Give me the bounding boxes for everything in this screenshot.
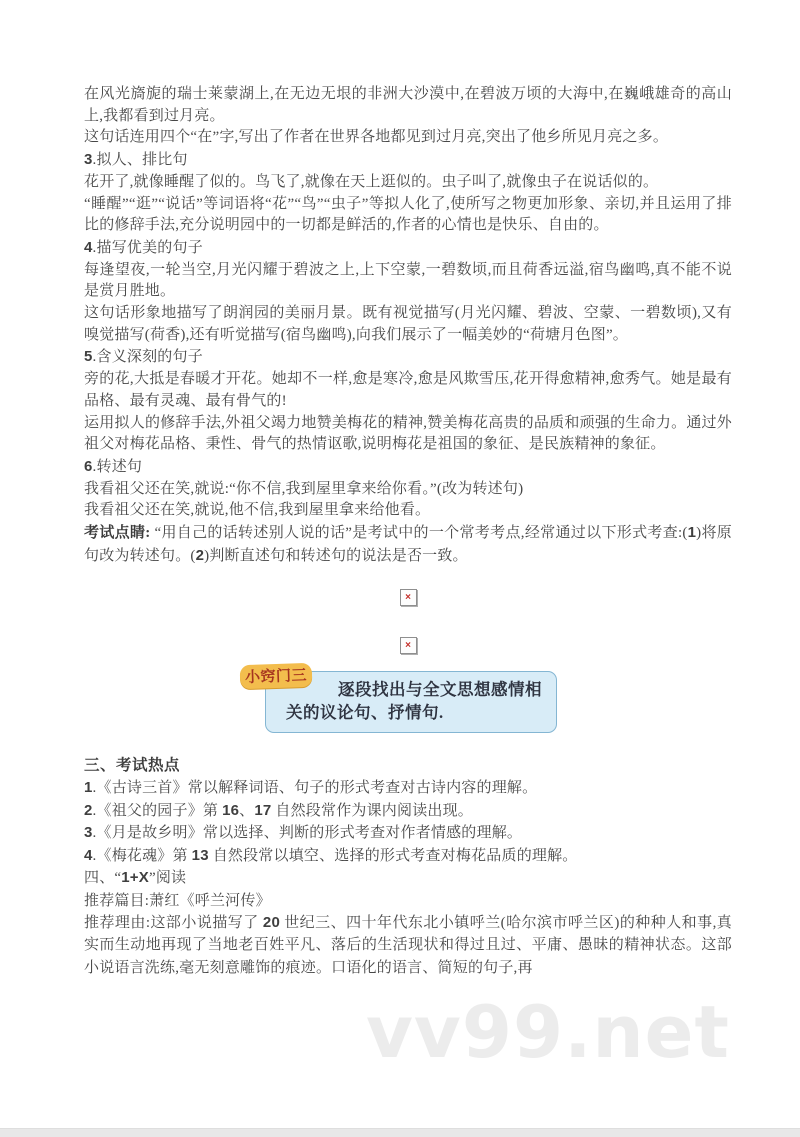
broken-image-icon: × [400,589,417,606]
section-heading: 三、考试热点 [84,755,732,777]
subsection-heading: 5.含义深刻的句子 [84,346,732,369]
list-item: 4.《梅花魂》第 13 自然段常以填空、选择的形式考查对梅花品质的理解。 [84,845,732,867]
paragraph: 我看祖父还在笑,就说:“你不信,我到屋里拿来给你看。”(改为转述句) [84,479,732,501]
subsection-heading: 4.描写优美的句子 [84,237,732,260]
recommend-title: 推荐篇目:萧红《呼兰河传》 [84,890,732,912]
tip-callout-text: 逐段找出与全文思想感情相关的议论句、抒情句. [286,678,544,724]
recommend-reason: 推荐理由:这部小说描写了 20 世纪三、四十年代东北小镇呼兰(哈尔滨市呼兰区)的… [84,912,732,979]
broken-image-icon: × [400,637,417,654]
paragraph: 在风光旖旎的瑞士莱蒙湖上,在无边无垠的非洲大沙漠中,在碧波万顷的大海中,在巍峨雄… [84,84,732,127]
paragraph: 这句话形象地描写了朗润园的美丽月景。既有视觉描写(月光闪耀、碧波、空蒙、一碧数顷… [84,303,732,346]
paragraph: 每逢望夜,一轮当空,月光闪耀于碧波之上,上下空蒙,一碧数顷,而且荷香远溢,宿鸟幽… [84,260,732,303]
list-item: 2.《祖父的园子》第 16、17 自然段常作为课内阅读出现。 [84,800,732,822]
paragraph: 运用拟人的修辞手法,外祖父竭力地赞美梅花的精神,赞美梅花高贵的品质和顽强的生命力… [84,413,732,456]
exam-tip-text: “用自己的话转述别人说的话”是考试中的一个常考考点,经常通过以下形式考查:(1)… [84,525,732,564]
tip-badge: 小窍门三 [240,663,313,689]
paragraph: 这句话连用四个“在”字,写出了作者在世界各地都见到过月亮,突出了他乡所见月亮之多… [84,127,732,149]
watermark: vv99.net [366,990,730,1074]
exam-hotspots-section: 三、考试热点 1.《古诗三首》常以解释词语、句子的形式考查对古诗内容的理解。 2… [84,755,732,979]
paragraph: 我看祖父还在笑,就说,他不信,我到屋里拿来给他看。 [84,500,732,522]
tip-callout: 小窍门三 逐段找出与全文思想感情相关的议论句、抒情句. [265,671,557,733]
missing-images-area: × × [84,587,732,654]
reading-section-heading: 四、“1+X”阅读 [84,867,732,889]
list-item: 1.《古诗三首》常以解释词语、句子的形式考查对古诗内容的理解。 [84,777,732,799]
subsection-heading: 3.拟人、排比句 [84,149,732,172]
paragraph: 花开了,就像睡醒了似的。鸟飞了,就像在天上逛似的。虫子叫了,就像虫子在说话似的。 [84,172,732,194]
subsection-heading: 6.转述句 [84,456,732,479]
paragraph: 旁的花,大抵是春暖才开花。她却不一样,愈是寒冷,愈是风欺雪压,花开得愈精神,愈秀… [84,369,732,412]
page-edge-strip [0,1128,800,1137]
document-body: 在风光旖旎的瑞士莱蒙湖上,在无边无垠的非洲大沙漠中,在碧波万顷的大海中,在巍峨雄… [84,84,732,979]
paragraph: “睡醒”“逛”“说话”等词语将“花”“鸟”“虫子”等拟人化了,使所写之物更加形象… [84,194,732,237]
list-item: 3.《月是故乡明》常以选择、判断的形式考查对作者情感的理解。 [84,822,732,844]
exam-tip-paragraph: 考试点睛:“用自己的话转述别人说的话”是考试中的一个常考考点,经常通过以下形式考… [84,522,732,567]
exam-tip-label: 考试点睛: [84,525,150,541]
